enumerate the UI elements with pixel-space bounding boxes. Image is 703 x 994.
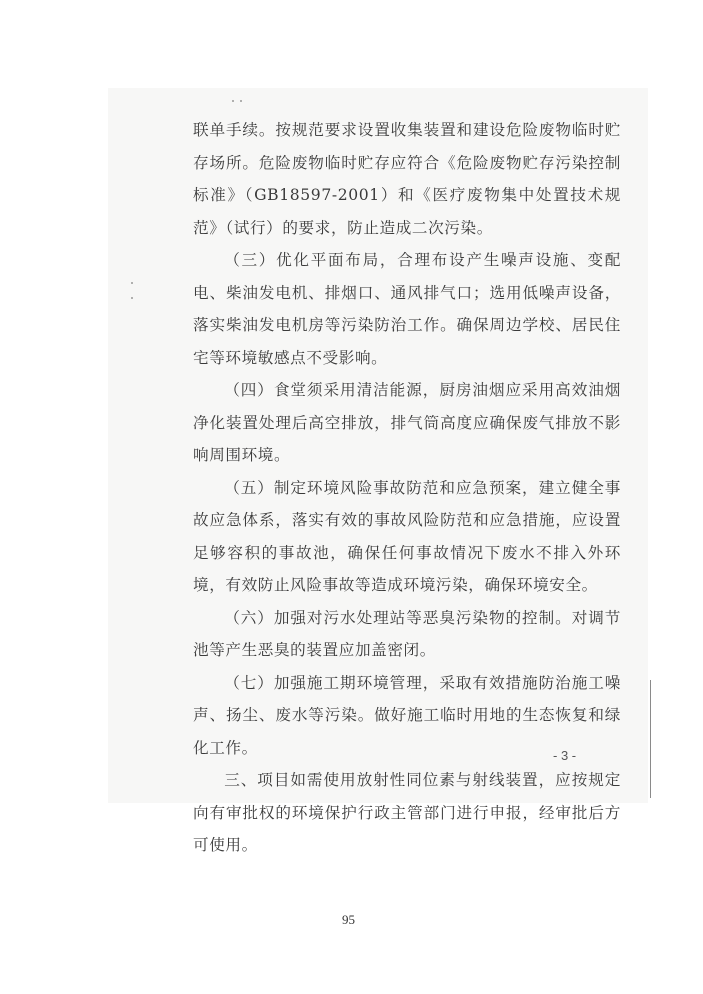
scan-page-mark: - 3 - (553, 748, 576, 763)
paragraph-continuation: 联单手续。按规范要求设置收集装置和建设危险废物临时贮存场所。危险废物临时贮存应符… (193, 114, 621, 244)
paragraph-item-3: （三）优化平面布局，合理布设产生噪声设施、变配电、柴油发电机、排烟口、通风排气口… (193, 244, 621, 374)
scan-speck (232, 100, 234, 102)
paragraph-section-3: 三、项目如需使用放射性同位素与射线装置，应按规定向有审批权的环境保护行政主管部门… (193, 764, 621, 862)
scan-edge-line (650, 680, 651, 798)
page-number: 95 (342, 912, 355, 928)
scan-speck (131, 282, 133, 284)
paragraph-item-6: （六）加强对污水处理站等恶臭污染物的控制。对调节池等产生恶臭的装置应加盖密闭。 (193, 602, 621, 667)
scan-speck (131, 297, 133, 299)
scan-speck (240, 100, 242, 102)
paragraph-item-4: （四）食堂须采用清洁能源，厨房油烟应采用高效油烟净化装置处理后高空排放，排气筒高… (193, 374, 621, 472)
paragraph-item-5: （五）制定环境风险事故防范和应急预案，建立健全事故应急体系，落实有效的事故风险防… (193, 472, 621, 602)
